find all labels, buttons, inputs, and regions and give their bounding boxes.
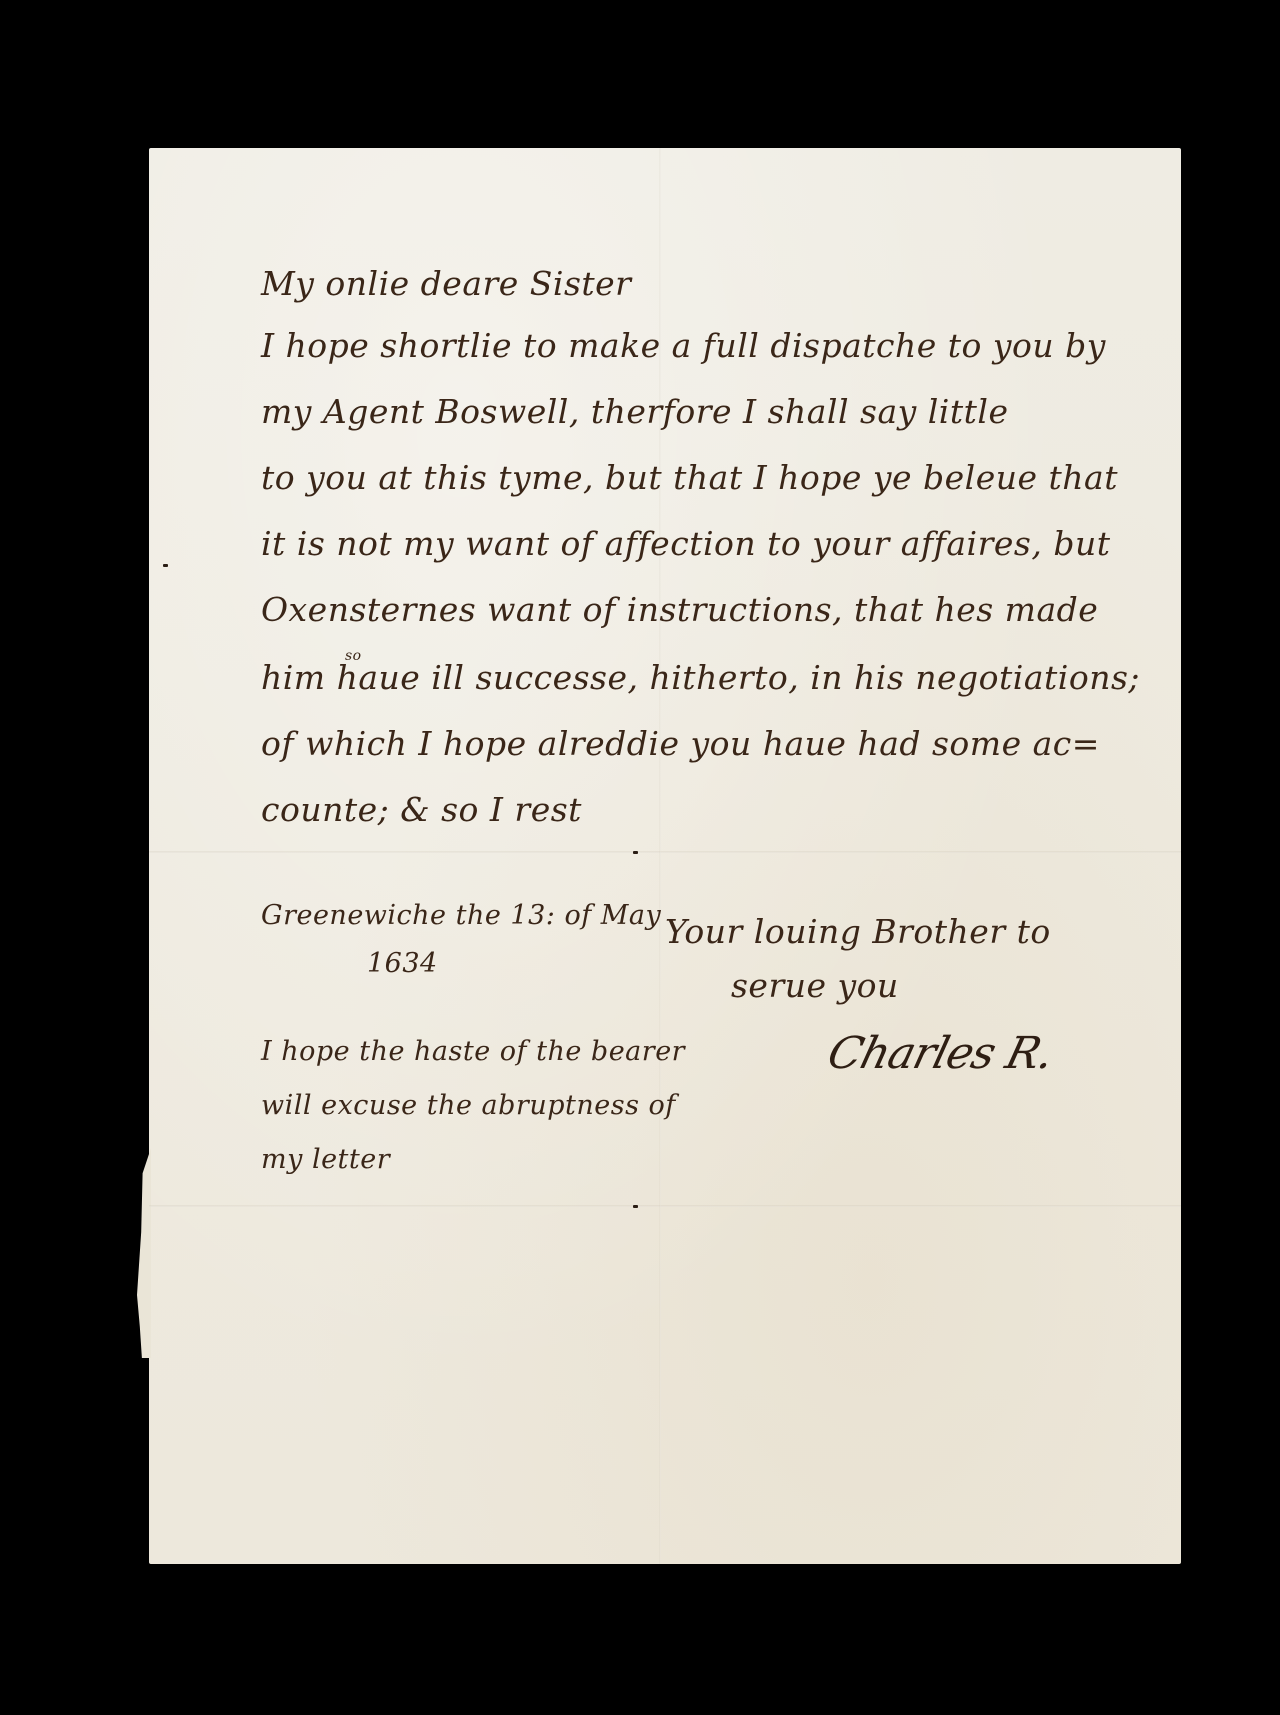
fold-mark	[633, 851, 638, 854]
body-line: of which I hope alreddie you haue had so…	[261, 724, 1100, 763]
body-line: my Agent Boswell, therfore I shall say l…	[261, 392, 1008, 431]
date-year: 1634	[367, 948, 438, 979]
body-line: Oxensternes want of instructions, that h…	[261, 590, 1098, 629]
place-date: Greenewiche the 13: of May	[261, 900, 661, 931]
fold-line-horizontal	[149, 851, 1181, 853]
postscript-line: my letter	[261, 1144, 390, 1175]
fold-mark	[163, 564, 168, 567]
signature: Charles R.	[823, 1028, 1059, 1079]
body-line: I hope shortlie to make a full dispatche…	[261, 326, 1106, 365]
body-line: him haue ill successe, hitherto, in his …	[261, 658, 1140, 697]
body-line: it is not my want of affection to your a…	[261, 524, 1110, 563]
closing: serue you	[731, 966, 899, 1005]
fold-mark	[633, 1205, 638, 1208]
postscript-line: I hope the haste of the bearer	[261, 1036, 685, 1067]
body-line: counte; & so I rest	[261, 790, 582, 829]
fold-line-horizontal	[149, 1205, 1181, 1207]
torn-edge	[137, 1148, 151, 1358]
letter-paper: My onlie deare Sister I hope shortlie to…	[149, 148, 1181, 1564]
postscript-line: will excuse the abruptness of	[261, 1090, 676, 1121]
closing: Your louing Brother to	[665, 912, 1051, 951]
body-line: to you at this tyme, but that I hope ye …	[261, 458, 1118, 497]
salutation: My onlie deare Sister	[261, 264, 631, 303]
